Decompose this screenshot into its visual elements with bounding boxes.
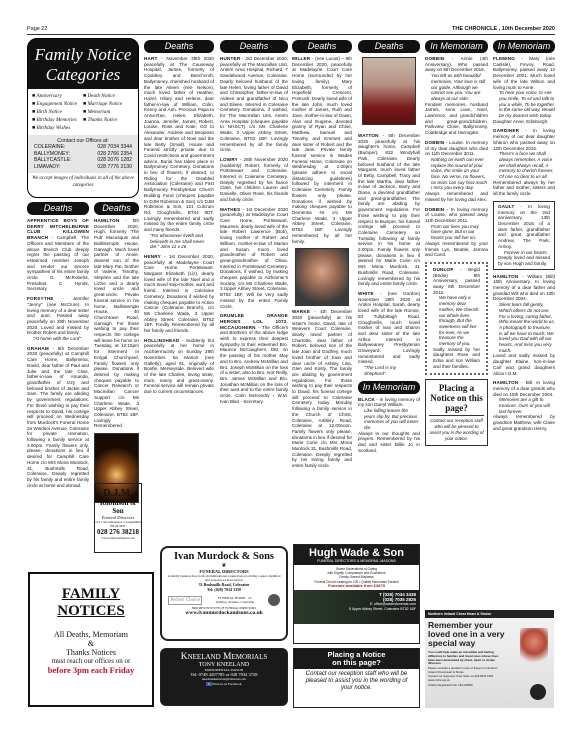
office-name: LIMAVADY: — [34, 164, 61, 170]
notice-name: GAULT — [498, 204, 514, 209]
notice: MATHES - 1st December 2020 (peacefully) … — [220, 207, 288, 310]
notice-signoff: Always remembered and missed by her lovi… — [425, 191, 488, 202]
notice: HOLLINSHEAD - Suddenly but peacefully at… — [144, 338, 214, 395]
ad-address: 5 Upper Abbey Street, Coleraine BT52 1BF — [297, 607, 416, 612]
notice-signoff: Always in our thoughts and prayers. Reme… — [358, 431, 420, 454]
notice-name: DUNLOP — [433, 267, 454, 272]
column-8: In Memoriam FLEMING - Mary (nee Carlisle… — [493, 40, 555, 436]
column-1: Deaths APPRENTICE BOYS OF DERRY MITCHELB… — [27, 202, 89, 492]
category-item: Birthday Wishes — [32, 124, 83, 132]
ad-line: Contact our Supporter Care Team on 028 9… — [425, 675, 505, 682]
notice-verse: "The Lord is my Shepherd". — [358, 365, 420, 376]
section-heading-deaths: Deaths — [27, 202, 89, 215]
notice-text: - (nee Gordon) November 28th 2020 at Ant… — [358, 291, 420, 364]
deadline-text: before 3pm each Friday — [30, 665, 152, 675]
ad-title: Remember your loved one in a very specia… — [425, 618, 515, 651]
ad-body: Contact our reception staff who will be … — [294, 669, 419, 694]
notice-text: - 1st December 2020, peacefully at Madel… — [144, 254, 214, 333]
ad-address: 121 Culcrum Road, Cloughmills BT44 9DT — [95, 520, 141, 528]
column-3: Deaths HART - November 29th 2020 peacefu… — [144, 40, 214, 399]
notice: HUNTER - 3rd December 2020, peacefully a… — [220, 56, 288, 153]
section-heading-deaths: Deaths — [220, 40, 288, 53]
notice-verse: From our lives you may have gone, But in… — [425, 224, 488, 241]
notice: WHITE - (nee Gordon) November 28th 2020 … — [358, 291, 420, 377]
ad-body: Seven Generations of Caring with Dignity… — [294, 565, 419, 588]
categories-title-2: Categories — [28, 65, 138, 85]
ad-body: Contact our reception staff who will be … — [429, 418, 484, 442]
notice-name: HOLLINSHEAD — [144, 338, 179, 343]
category-list: Anniversary Death Notice Engagement Noti… — [28, 89, 138, 135]
notice-text: - The Officers and Brethren of the above… — [220, 325, 288, 404]
column-5: Deaths MILLER - (nee Lucas) – 6th Decemb… — [292, 40, 352, 473]
category-item: Engagement Notice — [32, 100, 83, 108]
ad-body: You could help make an incredible and la… — [425, 651, 505, 666]
ad-price: Funerals available from £3875 — [294, 584, 419, 588]
ivan-murdock-ad: Ivan Murdock & Sons ❦ FUNERAL DIRECTORS … — [160, 546, 288, 641]
column-7: In Memoriam DOBBIN - Annie (4th Annivers… — [425, 40, 488, 446]
djm-robinson-ad: D.J.M. Robinson & Son Funeral Directors … — [94, 483, 142, 553]
notice: DOBBIN - In loving memory of Louise, who… — [425, 207, 488, 258]
notice-text: - Campbell. The Officers and Members of … — [27, 235, 89, 291]
chest-heart-stroke-logo — [530, 684, 546, 700]
perfect-choice-logo: Perfect Choice — [168, 596, 202, 605]
column-4: Deaths HUNTER - 3rd December 2020, peace… — [220, 40, 288, 408]
section-heading-memoriam: In Memoriam — [493, 40, 555, 53]
category-item: Thanks Notice — [83, 116, 134, 124]
ad-description: A family business free from all multinat… — [162, 574, 286, 582]
section-heading-deaths: Deaths — [144, 40, 214, 53]
notice-bordered: DUNLOP - Begid (Bridie) 8th Anniversary,… — [425, 262, 488, 375]
category-item: Memoriam — [83, 108, 134, 116]
notice: HART - November 29th 2020 peacefully at … — [144, 56, 214, 250]
notice-signoff: Always remembered by grandson Matthew, w… — [493, 414, 555, 431]
notice: HAMILTON - Bill. In loving memory of a d… — [493, 380, 555, 431]
section-heading-deaths: Deaths — [292, 40, 352, 53]
notice: LOWRY - 28th November 2020 (suddenly) Ro… — [220, 157, 288, 203]
column-2: Deaths HAMILTON - 5th December 2020, Hug… — [94, 202, 139, 503]
category-item: Birth Notice — [32, 108, 83, 116]
portrait-photo-warke — [295, 248, 349, 306]
notice-verse: We have only a memory dear mother, We ch… — [433, 295, 480, 346]
notice-text: - Mary (nee Carlisle), Finvoy Road, Ball… — [493, 56, 555, 90]
notice-name: MILLER — [292, 56, 310, 61]
notice-name: HENRY — [144, 254, 161, 259]
page-number: Page 22 — [27, 26, 48, 34]
notice: APPRENTICE BOYS OF DERRY MITCHELBURNE CL… — [27, 218, 89, 292]
facebook-icon: f — [206, 682, 211, 686]
notice: WARKE - 4th December 2020 (peacefully) a… — [292, 309, 352, 469]
ad-phone: Tel: (028) 7034 3350 — [162, 587, 286, 592]
notice-text: - Suddenly but peacefully at her home in… — [144, 338, 214, 394]
placing-notice-box: Placing a Notice on this page? Contact o… — [425, 379, 488, 446]
column-6: Deaths WATTON - 5th December 2020 peacef… — [358, 40, 420, 458]
facebook-label: Find us on Facebook — [212, 682, 241, 686]
ad-title: FAMILY NOTICES — [30, 586, 152, 620]
notice-name: FORSYTHE — [27, 296, 54, 301]
notice: HENRY - 1st December 2020, peacefully at… — [144, 254, 214, 334]
ad-title: on this page? — [294, 659, 419, 667]
family-notices-deadline-ad: FAMILY NOTICES All Deaths, Memoriam & Th… — [28, 572, 154, 707]
notice-text: - (nee Lucas) – 6th December 2020, peace… — [292, 56, 352, 244]
notice-verse: You left us with beautiful memories, You… — [425, 73, 488, 102]
notice-signoff: Daughter Anne, Edinburgh. — [493, 119, 555, 125]
contact-offices: Contact our Offices at: COLERAINE:028 70… — [28, 135, 138, 173]
notice-name: WARKE — [292, 309, 310, 314]
ad-website: www.ivanmurdockandsons.co.uk — [162, 610, 286, 616]
publication-date: THE CHRONICLE , 10th December 2020 — [452, 26, 555, 34]
notice: GRAHAM - 5th December 2020 (peacefully) … — [27, 346, 89, 489]
ad-header: Placing a Notice on this page? — [294, 649, 419, 669]
notice-name: HUNTER — [220, 56, 240, 61]
notice-name: DOBBIN — [425, 207, 444, 212]
notice-name: FLEMING — [493, 56, 515, 61]
ad-title: Kneeland Memorials — [161, 652, 287, 662]
ad-contact: T (028) 7034 3438 (028) 7035 2825 E: off… — [294, 590, 419, 624]
notice-text: - 1st December 2020 (peacefully) at Made… — [220, 207, 288, 309]
notice-text: - 4th December 2020 (peacefully) at his … — [292, 309, 352, 468]
notice-text: - In loving memory on the 2nd anniversar… — [498, 204, 550, 249]
notice: BLACK - In loving memory of my son Darry… — [358, 397, 420, 454]
notice: GARDINER - In loving memory of our dear … — [493, 128, 555, 196]
placing-notice-ad: Placing a Notice on this page? Contact o… — [293, 648, 420, 708]
ad-line: All Deaths, Memoriam — [30, 630, 152, 639]
office-row: LIMAVADY:028 7776 2130 — [34, 164, 132, 170]
notice-signoff: Always remembered by your friends Lyn, B… — [425, 241, 488, 258]
notice: HAMILTON - William (Bill) 16th Anniversa… — [493, 274, 555, 377]
notice: FORSYTHE - Jennifer "Jenny" (nee McClure… — [27, 296, 89, 342]
hugh-wade-ad: Hugh Wade & Son FUNERAL DIRECTORS & MEMO… — [293, 544, 420, 644]
ad-website: www.robinsonsfuneral.com — [95, 536, 141, 540]
portrait-photo-watton — [362, 57, 416, 125]
notice-signoff: Deeply loved and missed by son Hugh and … — [498, 255, 550, 266]
ad-subtitle: FUNERAL DIRECTORS & MEMORIAL MASONS — [294, 559, 419, 563]
notice-text: - 3rd December 2020, peacefully at The M… — [220, 56, 288, 152]
ad-line: & — [30, 639, 152, 648]
notice: DRUMLEE ORANGE HEROES LOL 1072. MCCAUGHE… — [220, 313, 288, 404]
notice-bordered: GAULT - In loving memory on the 2nd anni… — [493, 201, 555, 270]
notice-verse: Like falling leaves the years slip by. B… — [358, 408, 420, 431]
category-item: Marriage Notice — [83, 100, 134, 108]
ad-org: Northern Ireland Chest Heart & Stroke — [425, 610, 554, 618]
notice-signoff: Fondest memories, husband James, sons Li… — [425, 102, 488, 136]
notice-text: - 5th December 2020, Hugh, formerly 'The… — [94, 218, 139, 428]
notice-verse: Memories are a gift to treasure, Ours of… — [493, 397, 555, 414]
notice-text: - 5th December 2020 peacefully at his da… — [358, 133, 420, 286]
notice: DOBBIN - Annie (4th Anniversary). Who pa… — [425, 56, 488, 136]
ad-row: Perfect Choice FUNERAL HOME - 2a Windsor… — [162, 594, 286, 606]
notice-name: HART — [144, 56, 158, 61]
notice-signoff: Remembered always by her father and moth… — [493, 180, 555, 197]
notice-name: GRAHAM — [27, 346, 49, 351]
notice-verse: Nothing on earth can ever replace the so… — [425, 157, 488, 191]
notice-name: HAMILTON — [493, 274, 518, 279]
ad-title: Hugh Wade & Son — [294, 547, 419, 559]
categories-title-1: Family Notice — [28, 45, 138, 65]
notice-name: WHITE — [358, 291, 374, 296]
notice: HAMILTON - 5th December 2020, Hugh, form… — [94, 218, 139, 429]
kneeland-memorials-ad: Kneeland Memorials TONY KNEELAND MONUMEN… — [160, 648, 288, 706]
ad-title: D.J.M. — [95, 488, 141, 499]
notice-name: BLACK — [358, 397, 375, 402]
notice-verse: "At home with the Lord". — [27, 336, 89, 342]
notice-text: - 5th December 2020 (peacefully) at Camp… — [27, 346, 89, 488]
office-phone: 028 7776 2130 — [97, 164, 132, 170]
notice-name: DOBBIN — [425, 140, 444, 145]
ad-title: Placing a Notice on this page? — [429, 383, 484, 416]
notice: DOBBIN - Louise. In memory of my dear da… — [425, 140, 488, 203]
ad-line: must reach our offices on or — [30, 657, 152, 665]
notice: MILLER - (nee Lucas) – 6th December 2020… — [292, 56, 352, 244]
chest-heart-stroke-ad: Northern Ireland Chest Heart & Stroke Re… — [425, 610, 554, 708]
crest-icon — [268, 594, 280, 606]
page-header: Page 22 THE CHRONICLE , 10th December 20… — [27, 26, 555, 35]
ad-header: Hugh Wade & Son FUNERAL DIRECTORS & MEMO… — [294, 545, 419, 565]
heart-image-icon — [520, 628, 548, 668]
ad-title: Robinson & Son — [95, 499, 141, 515]
notice-name: GARDINER — [493, 128, 519, 133]
section-heading-deaths: Deaths — [94, 202, 139, 215]
facebook-link[interactable]: f Find us on Facebook — [161, 682, 287, 686]
notice-verse: Silent tears fall gently, Which others d… — [493, 302, 555, 353]
notice-verse: There's a face we shall always remember,… — [493, 151, 555, 180]
notice-text: - November 29th 2020 peacefully at The C… — [144, 56, 214, 232]
images-note: We accept images of individuals in all o… — [28, 173, 138, 198]
funeral-home-text: FUNERAL HOME - 2a Windsor Avenue, Colera… — [215, 596, 255, 604]
ad-phone: 028 276 38218 — [95, 528, 141, 536]
category-item: Birthday Memories — [32, 116, 83, 124]
notice: WATTON - 5th December 2020 peacefully at… — [358, 133, 420, 287]
notice-signoff: Loved and sadly missed by daughter Elain… — [493, 353, 555, 376]
section-heading-memoriam: In Memoriam — [425, 40, 488, 53]
ornament-icon: ❦ — [162, 562, 286, 569]
notice-name: HAMILTON — [493, 380, 518, 385]
notice-name: DOBBIN — [425, 56, 444, 61]
notice-name: MATHES — [220, 207, 240, 212]
ad-line: Thanks Notices — [30, 648, 152, 657]
notice-name: WATTON — [358, 133, 379, 138]
notice-verse: "For whosoever liveth and believeth in m… — [144, 233, 214, 250]
notice-text: - Jennifer "Jenny" (nee McClure). In lov… — [27, 296, 89, 335]
family-notice-categories: Family Notice Categories Anniversary Dea… — [27, 38, 139, 198]
category-item: Death Notice — [83, 92, 134, 100]
ad-title: Ivan Murdock & Sons — [162, 551, 286, 562]
notice-verse: To hear your voice, to see you smile, To… — [493, 90, 555, 119]
notice-name: LOWRY — [220, 157, 238, 162]
notice-name: HAMILTON — [94, 218, 119, 223]
section-heading-memoriam: In Memoriam — [358, 381, 420, 394]
notice-text: - 28th November 2020 (suddenly) Robert, … — [220, 157, 288, 202]
category-item: Anniversary — [32, 92, 83, 100]
notice-signoff: Sadly missed by her daughters Rose and E… — [433, 347, 480, 370]
notice: FLEMING - Mary (nee Carlisle), Finvoy Ro… — [493, 56, 555, 124]
ad-email: kneelandmemorials@btinternet.com — [161, 677, 287, 681]
section-heading-deaths: Deaths — [358, 40, 420, 53]
